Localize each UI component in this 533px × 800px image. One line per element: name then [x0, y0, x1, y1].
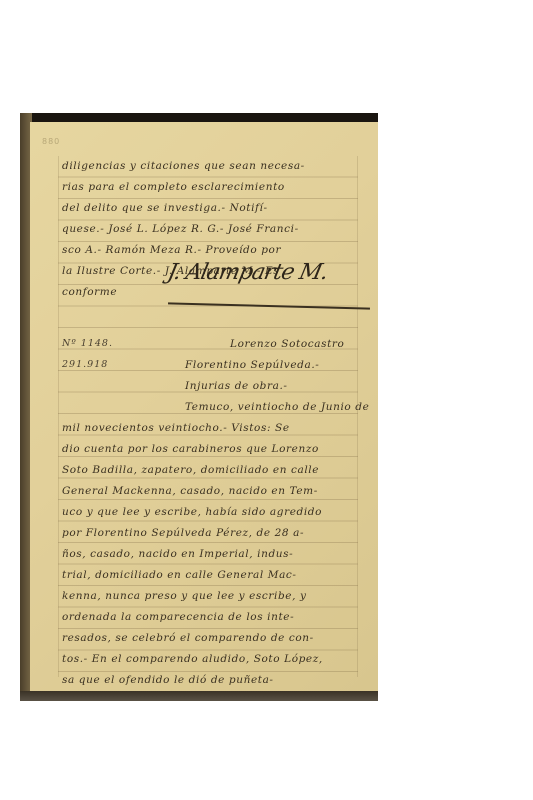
handwritten-line: sa que el ofendido le dió de puñeta-	[62, 674, 274, 686]
handwritten-line: Temuco, veintiocho de Junio de	[185, 401, 369, 413]
handwritten-line: General Mackenna, casado, nacido en Tem-	[62, 485, 318, 497]
photo-top-edge	[20, 113, 378, 122]
handwritten-line: mil novecientos veintiocho.- Vistos: Se	[62, 422, 290, 434]
handwritten-line: dio cuenta por los carabineros que Loren…	[62, 443, 319, 455]
handwritten-line: Soto Badilla, zapatero, domiciliado en c…	[62, 464, 319, 476]
handwritten-line: diligencias y citaciones que sean necesa…	[62, 160, 305, 172]
parties-line: Lorenzo Sotocastro	[230, 338, 344, 350]
signature: J. Alamparte M.	[165, 260, 329, 285]
handwritten-line: conforme	[62, 286, 117, 298]
handwritten-line: trial, domiciliado en calle General Mac-	[62, 569, 297, 581]
handwritten-line: quese.- José L. López R. G.- José Franci…	[62, 223, 299, 235]
handwritten-line: ños, casado, nacido en Imperial, indus-	[62, 548, 293, 560]
ledger-page: 880 diligencias y citaciones que sean ne…	[30, 122, 378, 691]
handwritten-line: kenna, nunca preso y que lee y escribe, …	[62, 590, 307, 602]
case-subject: Injurias de obra.-	[185, 380, 288, 392]
photo-bottom-edge	[20, 691, 378, 701]
reference-number: 291.918	[62, 359, 108, 370]
page-number: 880	[42, 137, 60, 146]
handwritten-line: del delito que se investiga.- Notifí-	[62, 202, 268, 214]
handwritten-line: ordenada la comparecencia de los inte-	[62, 611, 294, 623]
handwritten-line: resados, se celebró el comparendo de con…	[62, 632, 314, 644]
handwritten-line: rias para el completo esclarecimiento	[62, 181, 285, 193]
handwritten-line: por Florentino Sepúlveda Pérez, de 28 a-	[62, 527, 304, 539]
handwritten-line: uco y que lee y escribe, había sido agre…	[62, 506, 322, 518]
case-number: Nº 1148.	[62, 338, 113, 349]
document-photo: 880 diligencias y citaciones que sean ne…	[20, 113, 378, 701]
handwritten-line: sco A.- Ramón Meza R.- Proveído por	[62, 244, 281, 256]
handwritten-line: tos.- En el comparendo aludido, Soto Lóp…	[62, 653, 323, 665]
parties-line: Florentino Sepúlveda.-	[185, 359, 319, 371]
